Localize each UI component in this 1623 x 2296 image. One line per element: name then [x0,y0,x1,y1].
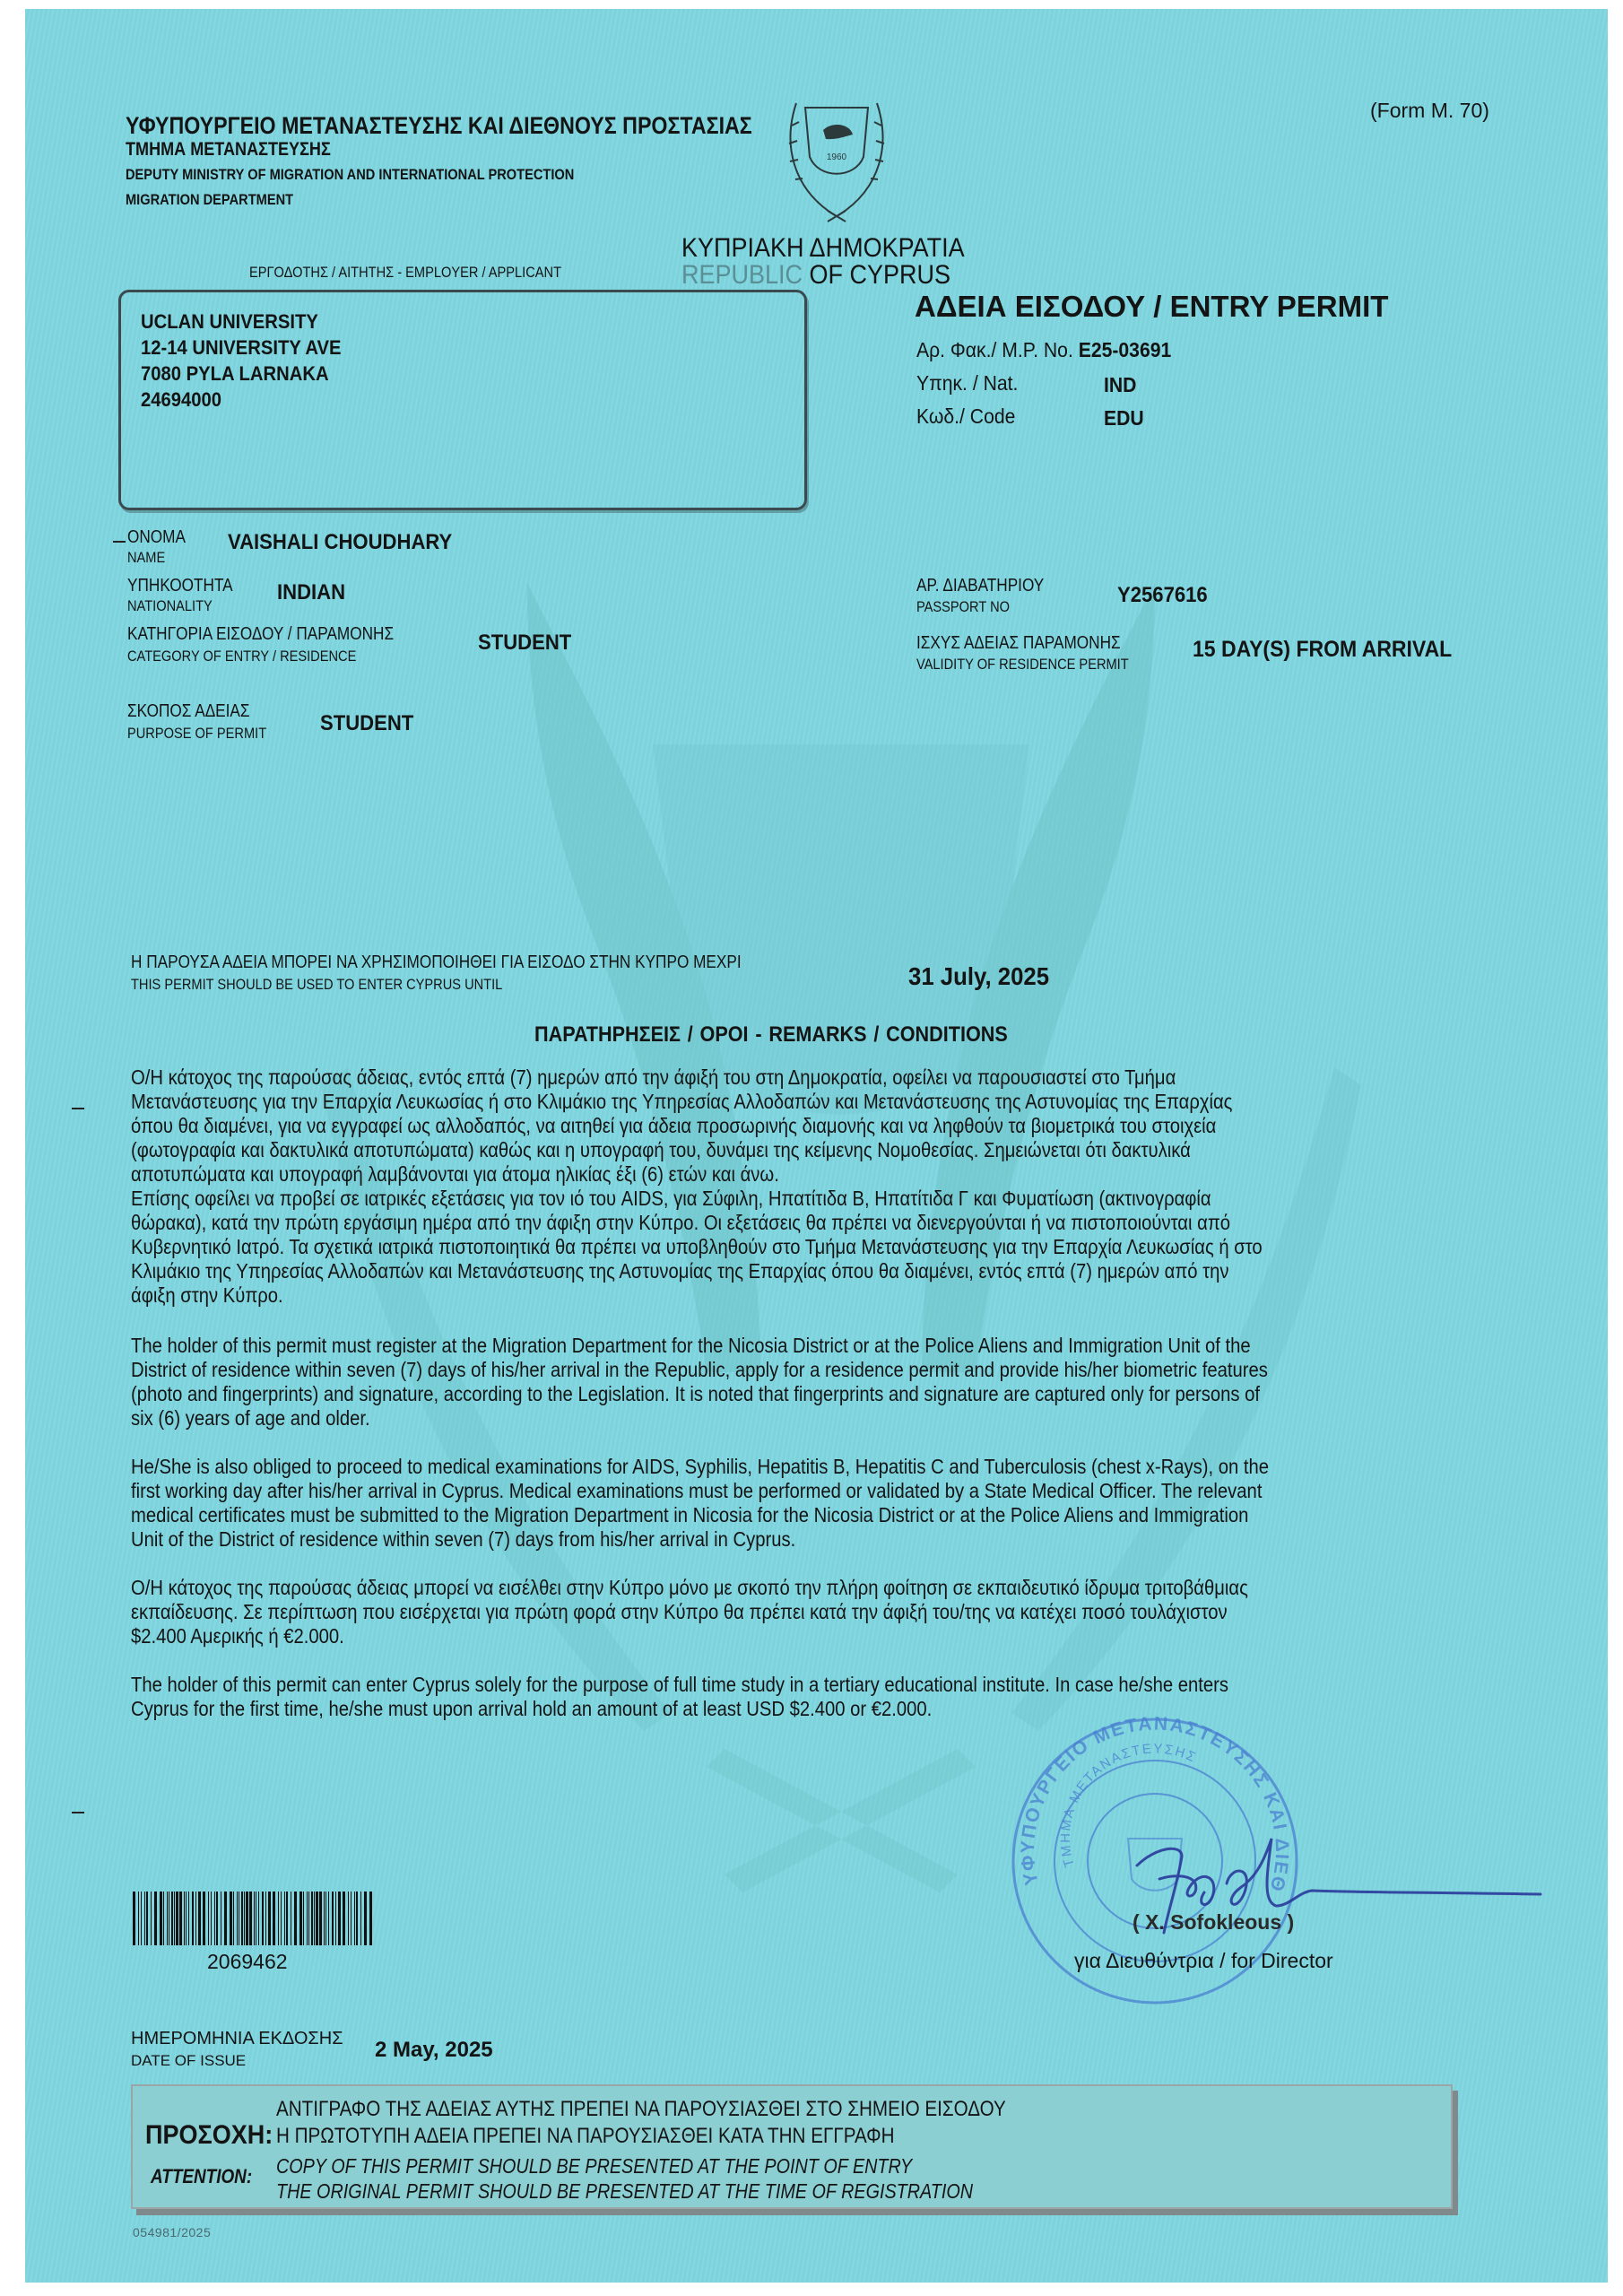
paragraph-line: αποτυπώματα και υπογραφή λαμβάνονται για… [131,1162,1520,1187]
name-value: VAISHALI CHOUDHARY [228,530,452,555]
paragraph-line: Ο/Η κάτοχος της παρούσας άδειας μπορεί ν… [131,1576,1520,1600]
remarks-greek-paragraph-1: Ο/Η κάτοχος της παρούσας άδειας, εντός ε… [131,1065,1520,1308]
purpose-value: STUDENT [320,711,413,736]
barcode-number: 2069462 [207,1950,288,1974]
passport-label-english: PASSPORT NO [916,598,1010,616]
republic-word: REPUBLIC [681,260,803,290]
file-number-value: E25-03691 [1079,338,1172,361]
paragraph-line: άφιξη στην Κύπρο. [131,1283,1520,1308]
paragraph-line: medical certificates must be submitted t… [131,1503,1520,1527]
paragraph-line: Unit of the District of residence within… [131,1527,1520,1552]
paragraph-line: Ο/Η κάτοχος της παρούσας άδειας, εντός ε… [131,1065,1520,1090]
department-name-english: MIGRATION DEPARTMENT [126,191,293,209]
ministry-name-greek: ΥΦΥΠΟΥΡΓΕΙΟ ΜΕΤΑΝΑΣΤΕΥΣΗΣ ΚΑΙ ΔΙΕΘΝΟΥΣ Π… [126,112,752,140]
paragraph-line: The holder of this permit must register … [131,1334,1520,1358]
signer-role: για Διευθύντρια / for Director [1074,1949,1333,1973]
attention-greek-line-2: Η ΠΡΩΤΟΤΥΠΗ ΑΔΕΙΑ ΠΡΕΠΕΙ ΝΑ ΠΑΡΟΥΣΙΑΣΘΕΙ… [276,2124,894,2149]
code-value: EDU [1104,406,1144,430]
paragraph-line: θώρακα), κατά την πρώτη εργάσιμη ημέρα α… [131,1211,1520,1235]
issue-date-label-greek: ΗΜΕΡΟΜΗΝΙΑ ΕΚΔΟΣΗΣ [131,2029,343,2049]
remarks-greek-paragraph-2: Ο/Η κάτοχος της παρούσας άδειας μπορεί ν… [131,1576,1520,1648]
nat-value: IND [1104,373,1136,397]
entry-until-label-greek: Η ΠΑΡΟΥΣΑ ΑΔΕΙΑ ΜΠΟΡΕΙ ΝΑ ΧΡΗΣΙΜΟΠΟΙΗΘΕΙ… [131,952,742,973]
paragraph-line: Κλιμάκιο της Υπηρεσίας Αλλοδαπών και Μετ… [131,1259,1520,1283]
nationality-value: INDIAN [277,580,345,605]
barcode-icon [131,1892,375,1945]
name-label-greek: ΟΝΟΜΑ [127,527,186,548]
paragraph-line: He/She is also obliged to proceed to med… [131,1455,1520,1479]
paragraph-line: Επίσης οφείλει να προβεί σε ιατρικές εξε… [131,1187,1520,1211]
republic-name-greek: ΚΥΠΡΙΑΚΗ ΔΗΜΟΚΡΑΤΙΑ [681,233,965,264]
document-serial-number: 054981/2025 [133,2225,211,2239]
applicant-line: 24694000 [141,387,341,413]
category-label-greek: ΚΑΤΗΓΟΡΙΑ ΕΙΣΟΔΟΥ / ΠΑΡΑΜΟΝΗΣ [127,624,394,645]
margin-mark [72,1812,84,1813]
issue-date-value: 2 May, 2025 [375,2038,493,2063]
paragraph-line: Μετανάστευσης για την Επαρχία Λευκωσίας … [131,1090,1520,1114]
signer-name: ( X. Sofokleous ) [1133,1910,1294,1935]
republic-name-english: REPUBLIC OF CYPRUS [681,260,950,291]
attention-notice-box: ΠΡΟΣΟΧΗ: ΑΝΤΙΓΡΑΦΟ ΤΗΣ ΑΔΕΙΑΣ ΑΥΤΗΣ ΠΡΕΠ… [131,2084,1453,2209]
file-number-label: Αρ. Φακ./ M.P. No. [916,338,1073,361]
department-name-greek: ΤΜΗΜΑ ΜΕΤΑΝΑΣΤΕΥΣΗΣ [126,139,331,161]
form-number: (Form M. 70) [1370,99,1489,123]
validity-value: 15 DAY(S) FROM ARRIVAL [1193,637,1452,663]
category-value: STUDENT [478,631,571,656]
paragraph-line: The holder of this permit can enter Cypr… [131,1673,1520,1697]
paragraph-line: όπου θα διαμένει, για να εγγραφεί ως αλλ… [131,1114,1520,1138]
applicant-address-box: UCLAN UNIVERSITY 12-14 UNIVERSITY AVE 70… [118,290,807,510]
paragraph-line: six (6) years of age and older. [131,1406,1520,1431]
validity-label-greek: ΙΣΧΥΣ ΑΔΕΙΑΣ ΠΑΡΑΜΟΝΗΣ [916,633,1121,654]
applicant-line: UCLAN UNIVERSITY [141,309,341,335]
nationality-label-english: NATIONALITY [127,597,213,615]
attention-greek-line-1: ΑΝΤΙΓΡΑΦΟ ΤΗΣ ΑΔΕΙΑΣ ΑΥΤΗΣ ΠΡΕΠΕΙ ΝΑ ΠΑΡ… [276,2097,1006,2122]
cyprus-coat-of-arms-icon: 1960 [774,90,899,224]
paragraph-line: Κυβερνητικό Ιατρό. Τα σχετικά ιατρικά πι… [131,1235,1520,1259]
name-label-english: NAME [127,549,165,567]
passport-value: Y2567616 [1117,583,1208,608]
nat-label: Υπηκ. / Nat. [916,371,1018,396]
applicant-line: 12-14 UNIVERSITY AVE [141,335,341,361]
nationality-label-greek: ΥΠΗΚΟΟΤΗΤΑ [127,576,233,596]
ministry-name-english: DEPUTY MINISTRY OF MIGRATION AND INTERNA… [126,166,574,184]
remarks-english-paragraph-3: The holder of this permit can enter Cypr… [131,1673,1520,1721]
issue-date-label-english: DATE OF ISSUE [131,2052,246,2070]
attention-label-english: ATTENTION: [151,2165,252,2188]
entry-permit-document: ΥΦΥΠΟΥΡΓΕΙΟ ΜΕΤΑΝΑΣΤΕΥΣΗΣ ΚΑΙ ΔΙΕΘΝΟΥΣ Π… [25,9,1608,2283]
remarks-english-paragraph-1: The holder of this permit must register … [131,1334,1520,1431]
applicant-address: UCLAN UNIVERSITY 12-14 UNIVERSITY AVE 70… [141,309,341,413]
entry-until-date: 31 July, 2025 [908,962,1049,991]
purpose-label-english: PURPOSE OF PERMIT [127,725,266,743]
paragraph-line: (φωτογραφία και δακτυλικά αποτυπώματα) κ… [131,1138,1520,1162]
paragraph-line: (photo and fingerprints) and signature, … [131,1382,1520,1406]
margin-mark [72,1108,84,1109]
paragraph-line: District of residence within seven (7) d… [131,1358,1520,1382]
file-number-row: Αρ. Φακ./ M.P. No. E25-03691 [916,338,1171,362]
emblem-year: 1960 [827,152,847,162]
applicant-line: 7080 PYLA LARNAKA [141,361,341,387]
paragraph-line: Cyprus for the first time, he/she must u… [131,1697,1520,1721]
passport-label-greek: ΑΡ. ΔΙΑΒΑΤΗΡΙΟΥ [916,576,1044,596]
attention-english-line-1: COPY OF THIS PERMIT SHOULD BE PRESENTED … [276,2154,912,2179]
of-cyprus-text: OF CYPRUS [803,260,950,290]
remarks-english-paragraph-2: He/She is also obliged to proceed to med… [131,1455,1520,1552]
paragraph-line: $2.400 Αμερικής ή €2.000. [131,1624,1520,1648]
paragraph-line: first working day after his/her arrival … [131,1479,1520,1503]
attention-label-greek: ΠΡΟΣΟΧΗ: [145,2120,273,2151]
margin-mark [113,541,126,543]
document-title: ΑΔΕΙΑ ΕΙΣΟΔΟΥ / ENTRY PERMIT [915,290,1388,324]
applicant-label: ΕΡΓΟΔΟΤΗΣ / ΑΙΤΗΤΗΣ - EMPLOYER / APPLICA… [249,264,561,282]
code-label: Κωδ./ Code [916,404,1015,429]
remarks-title: ΠΑΡΑΤΗΡΗΣΕΙΣ / ΟΡΟΙ - REMARKS / CONDITIO… [534,1022,1008,1048]
attention-english-line-2: THE ORIGINAL PERMIT SHOULD BE PRESENTED … [276,2179,973,2204]
purpose-label-greek: ΣΚΟΠΟΣ ΑΔΕΙΑΣ [127,701,250,722]
entry-until-label-english: THIS PERMIT SHOULD BE USED TO ENTER CYPR… [131,976,502,994]
validity-label-english: VALIDITY OF RESIDENCE PERMIT [916,656,1129,674]
category-label-english: CATEGORY OF ENTRY / RESIDENCE [127,648,356,665]
paragraph-line: εκπαίδευσης. Σε περίπτωση που εισέρχεται… [131,1600,1520,1624]
